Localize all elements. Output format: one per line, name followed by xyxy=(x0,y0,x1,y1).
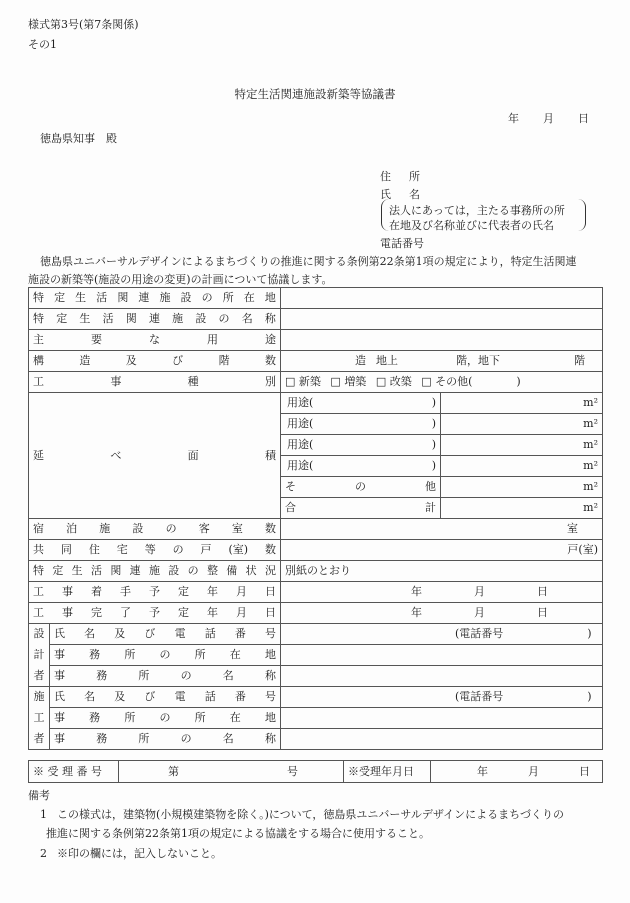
intro-line1: 徳島県ユニバーサルデザインによるまちづくりの推進に関する条例第22条第1項の規定… xyxy=(40,253,577,269)
application-table: 特定生活関連施設の所在地 特定生活関連施設の名称 主要な用途 構造及び階数 造地… xyxy=(28,287,603,750)
label-area-total: 合計 xyxy=(285,501,436,515)
label-builder-office-name: 事務所の名称 xyxy=(54,732,276,746)
row-builder-office-name: 事務所の名称 xyxy=(29,729,603,750)
field-work-type: □ 新築 □ 増築 □ 改築 □ その他() xyxy=(281,372,603,393)
row-end-date: 工事完了予定年月日 年月日 xyxy=(29,603,603,624)
field-structure[interactable]: 造地上階，地下階 xyxy=(281,351,603,372)
receipt-date-field: 年月日 xyxy=(431,761,603,783)
area-value-other[interactable]: m² xyxy=(441,477,603,498)
field-location[interactable] xyxy=(281,288,603,309)
submission-date: 年月日 xyxy=(508,110,589,126)
area-use-1[interactable]: 用途() xyxy=(281,393,441,414)
label-builder-name-phone: 氏名及び電話番号 xyxy=(54,690,276,704)
area-value-3[interactable]: m² xyxy=(441,435,603,456)
field-designer-office-name[interactable] xyxy=(281,666,603,687)
area-use-4[interactable]: 用途() xyxy=(281,456,441,477)
field-guest-rooms[interactable]: 室 xyxy=(281,519,603,540)
field-end-date[interactable]: 年月日 xyxy=(281,603,603,624)
row-start-date: 工事着手予定年月日 年月日 xyxy=(29,582,603,603)
area-use-3[interactable]: 用途() xyxy=(281,435,441,456)
note-1-continued: 推進に関する条例第22条第1項の規定による協議をする場合に使用すること。 xyxy=(46,825,430,841)
row-area-1: 延べ面積 用途() m² xyxy=(29,393,603,414)
checkbox-rebuild[interactable]: □ xyxy=(376,375,386,388)
label-start-date: 工事着手予定年月日 xyxy=(33,585,276,599)
applicant-address-label: 住所 xyxy=(380,168,420,184)
row-structure: 構造及び階数 造地上階，地下階 xyxy=(29,351,603,372)
row-main-use: 主要な用途 xyxy=(29,330,603,351)
row-designer-office-address: 事務所の所在地 xyxy=(29,645,603,666)
field-maintenance: 別紙のとおり xyxy=(281,561,603,582)
label-floor-area: 延べ面積 xyxy=(33,449,276,463)
label-guest-rooms: 宿泊施設の客室数 xyxy=(33,522,276,536)
area-value-2[interactable]: m² xyxy=(441,414,603,435)
checkbox-new[interactable]: □ xyxy=(285,375,295,388)
area-value-total[interactable]: m² xyxy=(441,498,603,519)
label-location: 特定生活関連施設の所在地 xyxy=(33,291,276,305)
label-builder: 施工者 xyxy=(29,687,49,749)
field-main-use[interactable] xyxy=(281,330,603,351)
label-builder-office-address: 事務所の所在地 xyxy=(54,711,276,725)
field-facility-name[interactable] xyxy=(281,309,603,330)
row-builder-name: 施工者 氏名及び電話番号 (電話番号) xyxy=(29,687,603,708)
field-dwelling-units[interactable]: 戸(室) xyxy=(281,540,603,561)
area-use-2[interactable]: 用途() xyxy=(281,414,441,435)
label-work-type: 工事種別 xyxy=(33,375,276,389)
field-builder-office-name[interactable] xyxy=(281,729,603,750)
note-2: 2※印の欄には，記入しないこと。 xyxy=(40,845,222,861)
notes-heading: 備考 xyxy=(28,787,50,803)
field-builder-name-phone[interactable]: (電話番号) xyxy=(281,687,603,708)
label-facility-name: 特定生活関連施設の名称 xyxy=(33,312,276,326)
intro-line2: 施設の新築等(施設の用途の変更)の計画について協議します。 xyxy=(28,271,332,287)
field-start-date[interactable]: 年月日 xyxy=(281,582,603,603)
corporate-note-line1: 法人にあっては，主たる事務所の所 xyxy=(389,202,565,218)
row-maintenance: 特定生活関連施設の整備状況 別紙のとおり xyxy=(29,561,603,582)
label-end-date: 工事完了予定年月日 xyxy=(33,606,276,620)
row-dwelling-units: 共同住宅等の戸(室)数 戸(室) xyxy=(29,540,603,561)
row-location: 特定生活関連施設の所在地 xyxy=(29,288,603,309)
checkbox-other[interactable]: □ xyxy=(421,375,431,388)
row-work-type: 工事種別 □ 新築 □ 増築 □ 改築 □ その他() xyxy=(29,372,603,393)
label-designer: 設計者 xyxy=(29,624,49,686)
addressee: 徳島県知事 殿 xyxy=(40,130,117,146)
label-maintenance: 特定生活関連施設の整備状況 xyxy=(33,564,276,578)
receipt-number-label: ※ 受 理 番 号 xyxy=(29,761,119,783)
label-designer-office-name: 事務所の名称 xyxy=(54,669,276,683)
form-sub-number: その1 xyxy=(28,36,57,52)
label-designer-name-phone: 氏名及び電話番号 xyxy=(54,627,276,641)
label-dwelling-units: 共同住宅等の戸(室)数 xyxy=(33,543,276,557)
label-structure: 構造及び階数 xyxy=(33,354,276,368)
label-area-other: その他 xyxy=(285,480,436,494)
receipt-table: ※ 受 理 番 号 第号 ※受理年月日 年月日 xyxy=(28,760,603,783)
area-value-4[interactable]: m² xyxy=(441,456,603,477)
note-1: 1この様式は，建築物(小規模建築物を除く。)について，徳島県ユニバーサルデザイン… xyxy=(40,806,564,822)
label-main-use: 主要な用途 xyxy=(33,333,276,347)
field-builder-office-address[interactable] xyxy=(281,708,603,729)
receipt-date-label: ※受理年月日 xyxy=(344,761,431,783)
area-value-1[interactable]: m² xyxy=(441,393,603,414)
checkbox-extension[interactable]: □ xyxy=(330,375,340,388)
row-guest-rooms: 宿泊施設の客室数 室 xyxy=(29,519,603,540)
row-designer-name: 設計者 氏名及び電話番号 (電話番号) xyxy=(29,624,603,645)
field-designer-name-phone[interactable]: (電話番号) xyxy=(281,624,603,645)
row-facility-name: 特定生活関連施設の名称 xyxy=(29,309,603,330)
field-designer-office-address[interactable] xyxy=(281,645,603,666)
row-builder-office-address: 事務所の所在地 xyxy=(29,708,603,729)
label-designer-office-address: 事務所の所在地 xyxy=(54,648,276,662)
receipt-number-field: 第号 xyxy=(119,761,344,783)
document-title: 特定生活関連施設新築等協議書 xyxy=(0,86,630,102)
row-designer-office-name: 事務所の名称 xyxy=(29,666,603,687)
form-number: 様式第3号(第7条関係) xyxy=(28,16,139,32)
corporate-note-line2: 在地及び名称並びに代表者の氏名 xyxy=(389,217,554,233)
applicant-phone-label: 電話番号 xyxy=(380,235,424,251)
